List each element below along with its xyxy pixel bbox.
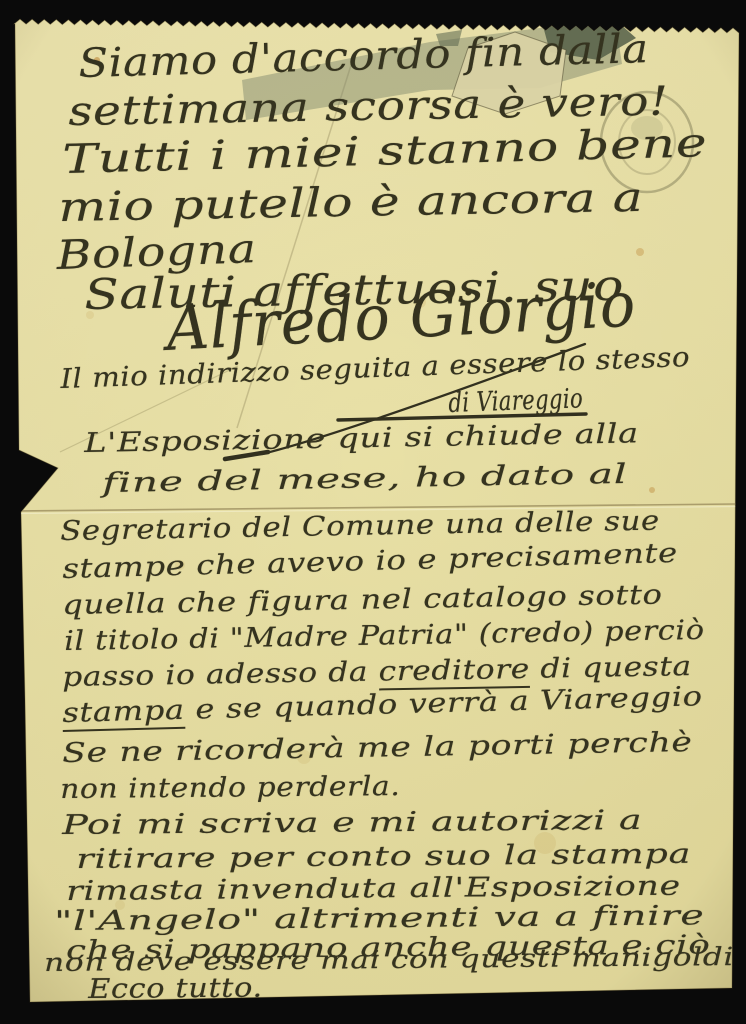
letter-line: non deve essere mai con questi manigoldi bbox=[44, 944, 734, 975]
letter-line: di Viareggio bbox=[448, 385, 583, 417]
letter-line: quella che figura nel catalogo sotto bbox=[62, 582, 663, 619]
letter-text: Alfredo Giorgio Siamo d'accordo fin dall… bbox=[0, 0, 746, 1024]
letter-line: ritirare per conto suo la stampa bbox=[76, 841, 691, 873]
letter-line: L'Esposizione qui si chiude alla bbox=[84, 420, 639, 457]
letter-line: Segretario del Comune una delle sue bbox=[60, 508, 660, 545]
letter-line: Siamo d'accordo fin dalla bbox=[78, 29, 649, 84]
letter-line: Ecco tutto. bbox=[88, 974, 263, 1003]
underlined-word: stampa bbox=[62, 695, 185, 732]
letter-line: stampe che avevo io e precisamente bbox=[62, 540, 678, 583]
letter-line: "l'Angelo" altrimenti va a finire bbox=[54, 902, 705, 935]
letter-line: non intendo perderla. bbox=[60, 773, 400, 803]
letter-line: Saluti affettuosi. suo bbox=[84, 265, 624, 316]
letter-line: fine del mese, ho dato al bbox=[102, 461, 628, 497]
letter-line: il titolo di "Madre Patria" (credo) perc… bbox=[64, 617, 705, 655]
letter-line: mio putello è ancora a bbox=[58, 178, 644, 228]
scanned-letter-scene: Alfredo Giorgio Siamo d'accordo fin dall… bbox=[0, 0, 746, 1024]
underlined-word: creditore bbox=[378, 654, 530, 691]
letter-line: rimasta invenduta all'Esposizione bbox=[66, 873, 681, 905]
letter-line: Se ne ricorderà me la porti perchè bbox=[62, 729, 693, 767]
letter-line: Poi mi scriva e mi autorizzi a bbox=[62, 807, 643, 839]
